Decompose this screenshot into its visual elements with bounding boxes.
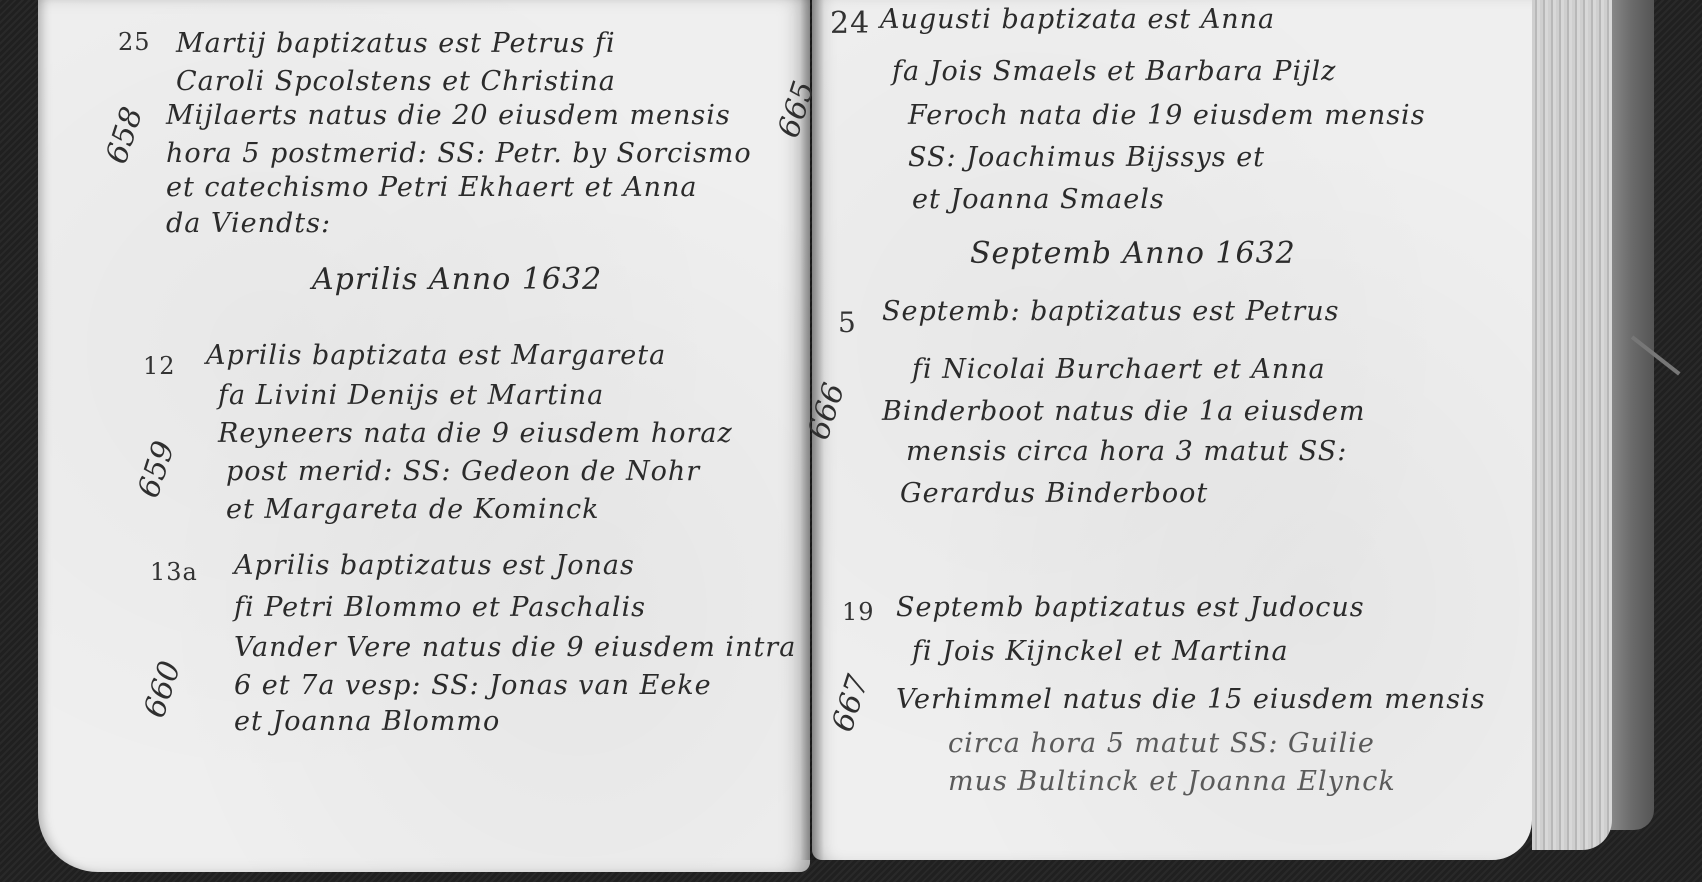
entry-line: mensis circa hora 3 matut SS:	[906, 436, 1347, 467]
entry-line: post merid: SS: Gedeon de Nohr	[226, 456, 700, 487]
entry-line: Verhimmel natus die 15 eiusdem mensis	[896, 684, 1486, 715]
page-edges	[1532, 0, 1612, 850]
entry-line: et Joanna Blommo	[234, 706, 500, 737]
entry-day: 25	[118, 28, 151, 56]
entry-line: SS: Joachimus Bijssys et	[908, 142, 1265, 173]
entry-day: 5	[838, 306, 857, 339]
entry-line: mus Bultinck et Joanna Elynck	[948, 766, 1396, 797]
entry-line: 6 et 7a vesp: SS: Jonas van Eeke	[234, 670, 712, 701]
entry-line: Binderboot natus die 1a eiusdem	[882, 396, 1366, 427]
entry-line: Martij baptizatus est Petrus fi	[176, 28, 616, 59]
entry-line: da Viendts:	[166, 208, 331, 239]
entry-line: Aprilis baptizatus est Jonas	[234, 550, 635, 581]
entry-day: 24	[830, 6, 870, 41]
entry-line: Caroli Spcolstens et Christina	[176, 66, 616, 97]
month-heading-september: Septemb Anno 1632	[970, 236, 1296, 271]
entry-day: 13a	[150, 558, 198, 586]
entry-line: Augusti baptizata est Anna	[880, 4, 1275, 35]
entry-day: 19	[842, 598, 875, 626]
entry-line: fi Petri Blommo et Paschalis	[234, 592, 646, 623]
entry-line: Mijlaerts natus die 20 eiusdem mensis	[166, 100, 731, 131]
entry-line: et Margareta de Kominck	[226, 494, 600, 525]
entry-line: Aprilis baptizata est Margareta	[206, 340, 666, 371]
entry-line: et catechismo Petri Ekhaert et Anna	[166, 172, 697, 203]
entry-day: 12	[143, 352, 176, 380]
entry-line: fi Nicolai Burchaert et Anna	[912, 354, 1326, 385]
entry-line: et Joanna Smaels	[912, 184, 1165, 215]
entry-line: Reyneers nata die 9 eiusdem horaz	[218, 418, 733, 449]
entry-line: Gerardus Binderboot	[900, 478, 1208, 509]
entry-line: fa Livini Denijs et Martina	[218, 380, 604, 411]
entry-line: fa Jois Smaels et Barbara Pijlz	[892, 56, 1336, 87]
entry-line: hora 5 postmerid: SS: Petr. by Sorcismo	[166, 138, 752, 169]
entry-line: circa hora 5 matut SS: Guilie	[948, 728, 1375, 759]
entry-line: Septemb baptizatus est Judocus	[896, 592, 1365, 623]
book-spine	[1610, 0, 1654, 830]
entry-line: Vander Vere natus die 9 eiusdem intra	[234, 632, 796, 663]
entry-line: fi Jois Kijnckel et Martina	[912, 636, 1289, 667]
month-heading-april: Aprilis Anno 1632	[312, 262, 602, 297]
entry-line: Septemb: baptizatus est Petrus	[882, 296, 1340, 327]
entry-line: Feroch nata die 19 eiusdem mensis	[908, 100, 1426, 131]
